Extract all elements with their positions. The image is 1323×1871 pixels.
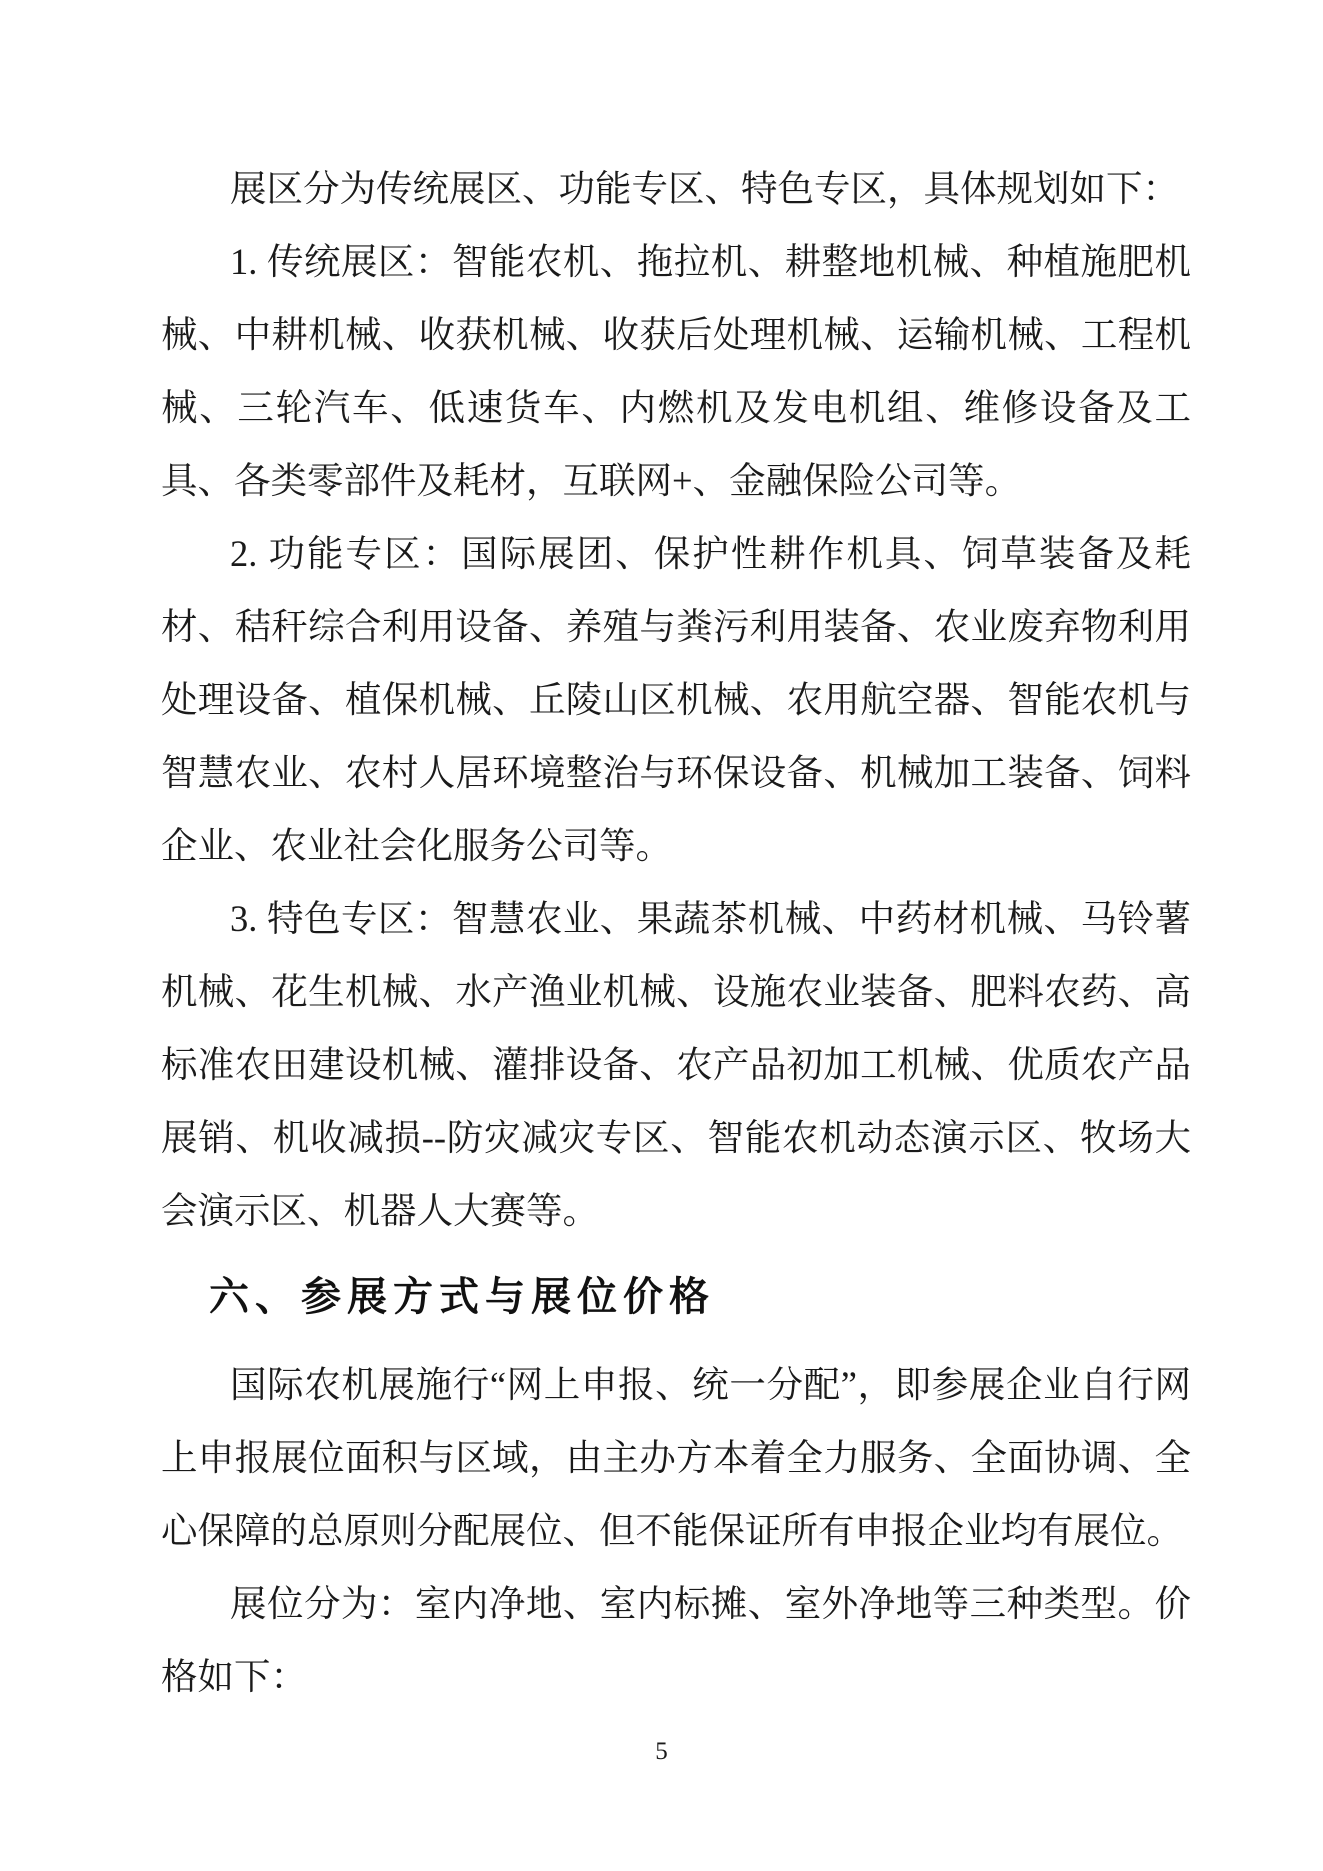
document-page: 展区分为传统展区、功能专区、特色专区，具体规划如下： 1. 传统展区：智能农机、… xyxy=(0,0,1323,1871)
document-body: 展区分为传统展区、功能专区、特色专区，具体规划如下： 1. 传统展区：智能农机、… xyxy=(161,152,1191,1713)
paragraph-booth-allocation: 国际农机展施行“网上申报、统一分配”，即参展企业自行网上申报展位面积与区域，由主… xyxy=(161,1348,1191,1567)
paragraph-traditional-zone: 1. 传统展区：智能农机、拖拉机、耕整地机械、种植施肥机械、中耕机械、收获机械、… xyxy=(161,225,1191,517)
paragraph-featured-zone: 3. 特色专区：智慧农业、果蔬茶机械、中药材机械、马铃薯机械、花生机械、水产渔业… xyxy=(161,882,1191,1247)
paragraph-booth-types: 展位分为：室内净地、室内标摊、室外净地等三种类型。价格如下： xyxy=(161,1567,1191,1713)
section-heading-participation-and-price: 六、参展方式与展位价格 xyxy=(161,1261,1191,1334)
paragraph-functional-zone: 2. 功能专区：国际展团、保护性耕作机具、饲草装备及耗材、秸秆综合利用设备、养殖… xyxy=(161,517,1191,882)
page-number: 5 xyxy=(0,1736,1323,1768)
paragraph-exhibition-zones-intro: 展区分为传统展区、功能专区、特色专区，具体规划如下： xyxy=(161,152,1191,225)
